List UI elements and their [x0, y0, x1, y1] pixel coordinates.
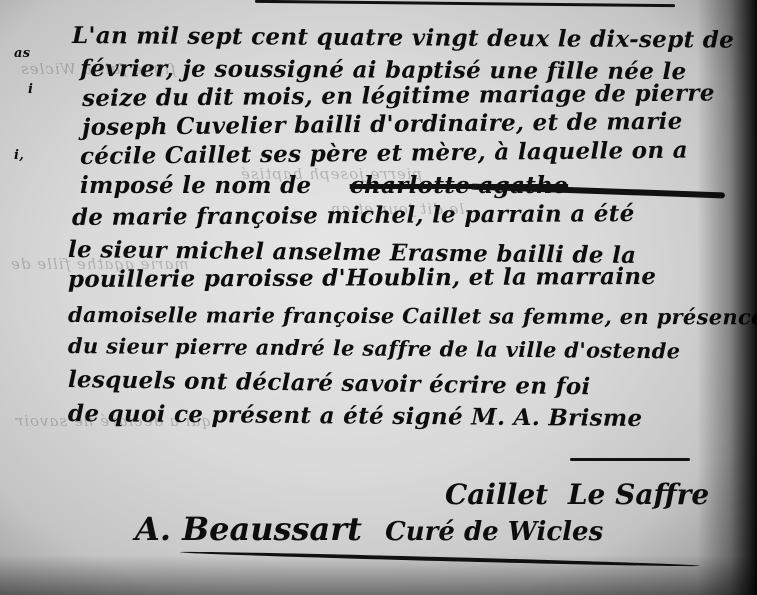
closing-flourish	[180, 550, 700, 568]
record-line-5: cécile Caillet ses père et mère, à laque…	[80, 137, 688, 170]
record-line-13: de quoi ce présent a été signé M. A. Bri…	[68, 400, 643, 432]
record-line-3: seize du dit mois, en légitime mariage d…	[82, 79, 715, 112]
margin-note: i,	[14, 148, 24, 163]
signature-underline	[570, 458, 690, 461]
document-page: ſigne fait a Wicles le dit jour et an ma…	[0, 0, 757, 595]
signature-priest: A. Beaussart Curé de Wicles	[135, 510, 603, 548]
record-line-10: damoiselle marie françoise Caillet sa fe…	[68, 302, 757, 329]
margin-note: as	[14, 46, 30, 61]
record-line-4: joseph Cuvelier bailli d'ordinaire, et d…	[82, 108, 683, 141]
record-line-11: du sieur pierre andré le saffre de la vi…	[68, 333, 681, 363]
margin-note: i	[28, 82, 33, 97]
record-line-9: pouillerie paroisse d'Houblin, et la mar…	[68, 263, 656, 293]
record-line-7: de marie françoise michel, le parrain a …	[72, 200, 635, 231]
record-line-6-text: imposé le nom de	[80, 172, 311, 199]
record-line-12: lesquels ont déclaré savoir écrire en fo…	[68, 366, 591, 400]
top-ink-stroke	[255, 0, 675, 7]
signature-witness-caillet: Caillet Le Saffre	[445, 478, 709, 511]
record-line-1: L'an mil sept cent quatre vingt deux le …	[72, 22, 734, 54]
